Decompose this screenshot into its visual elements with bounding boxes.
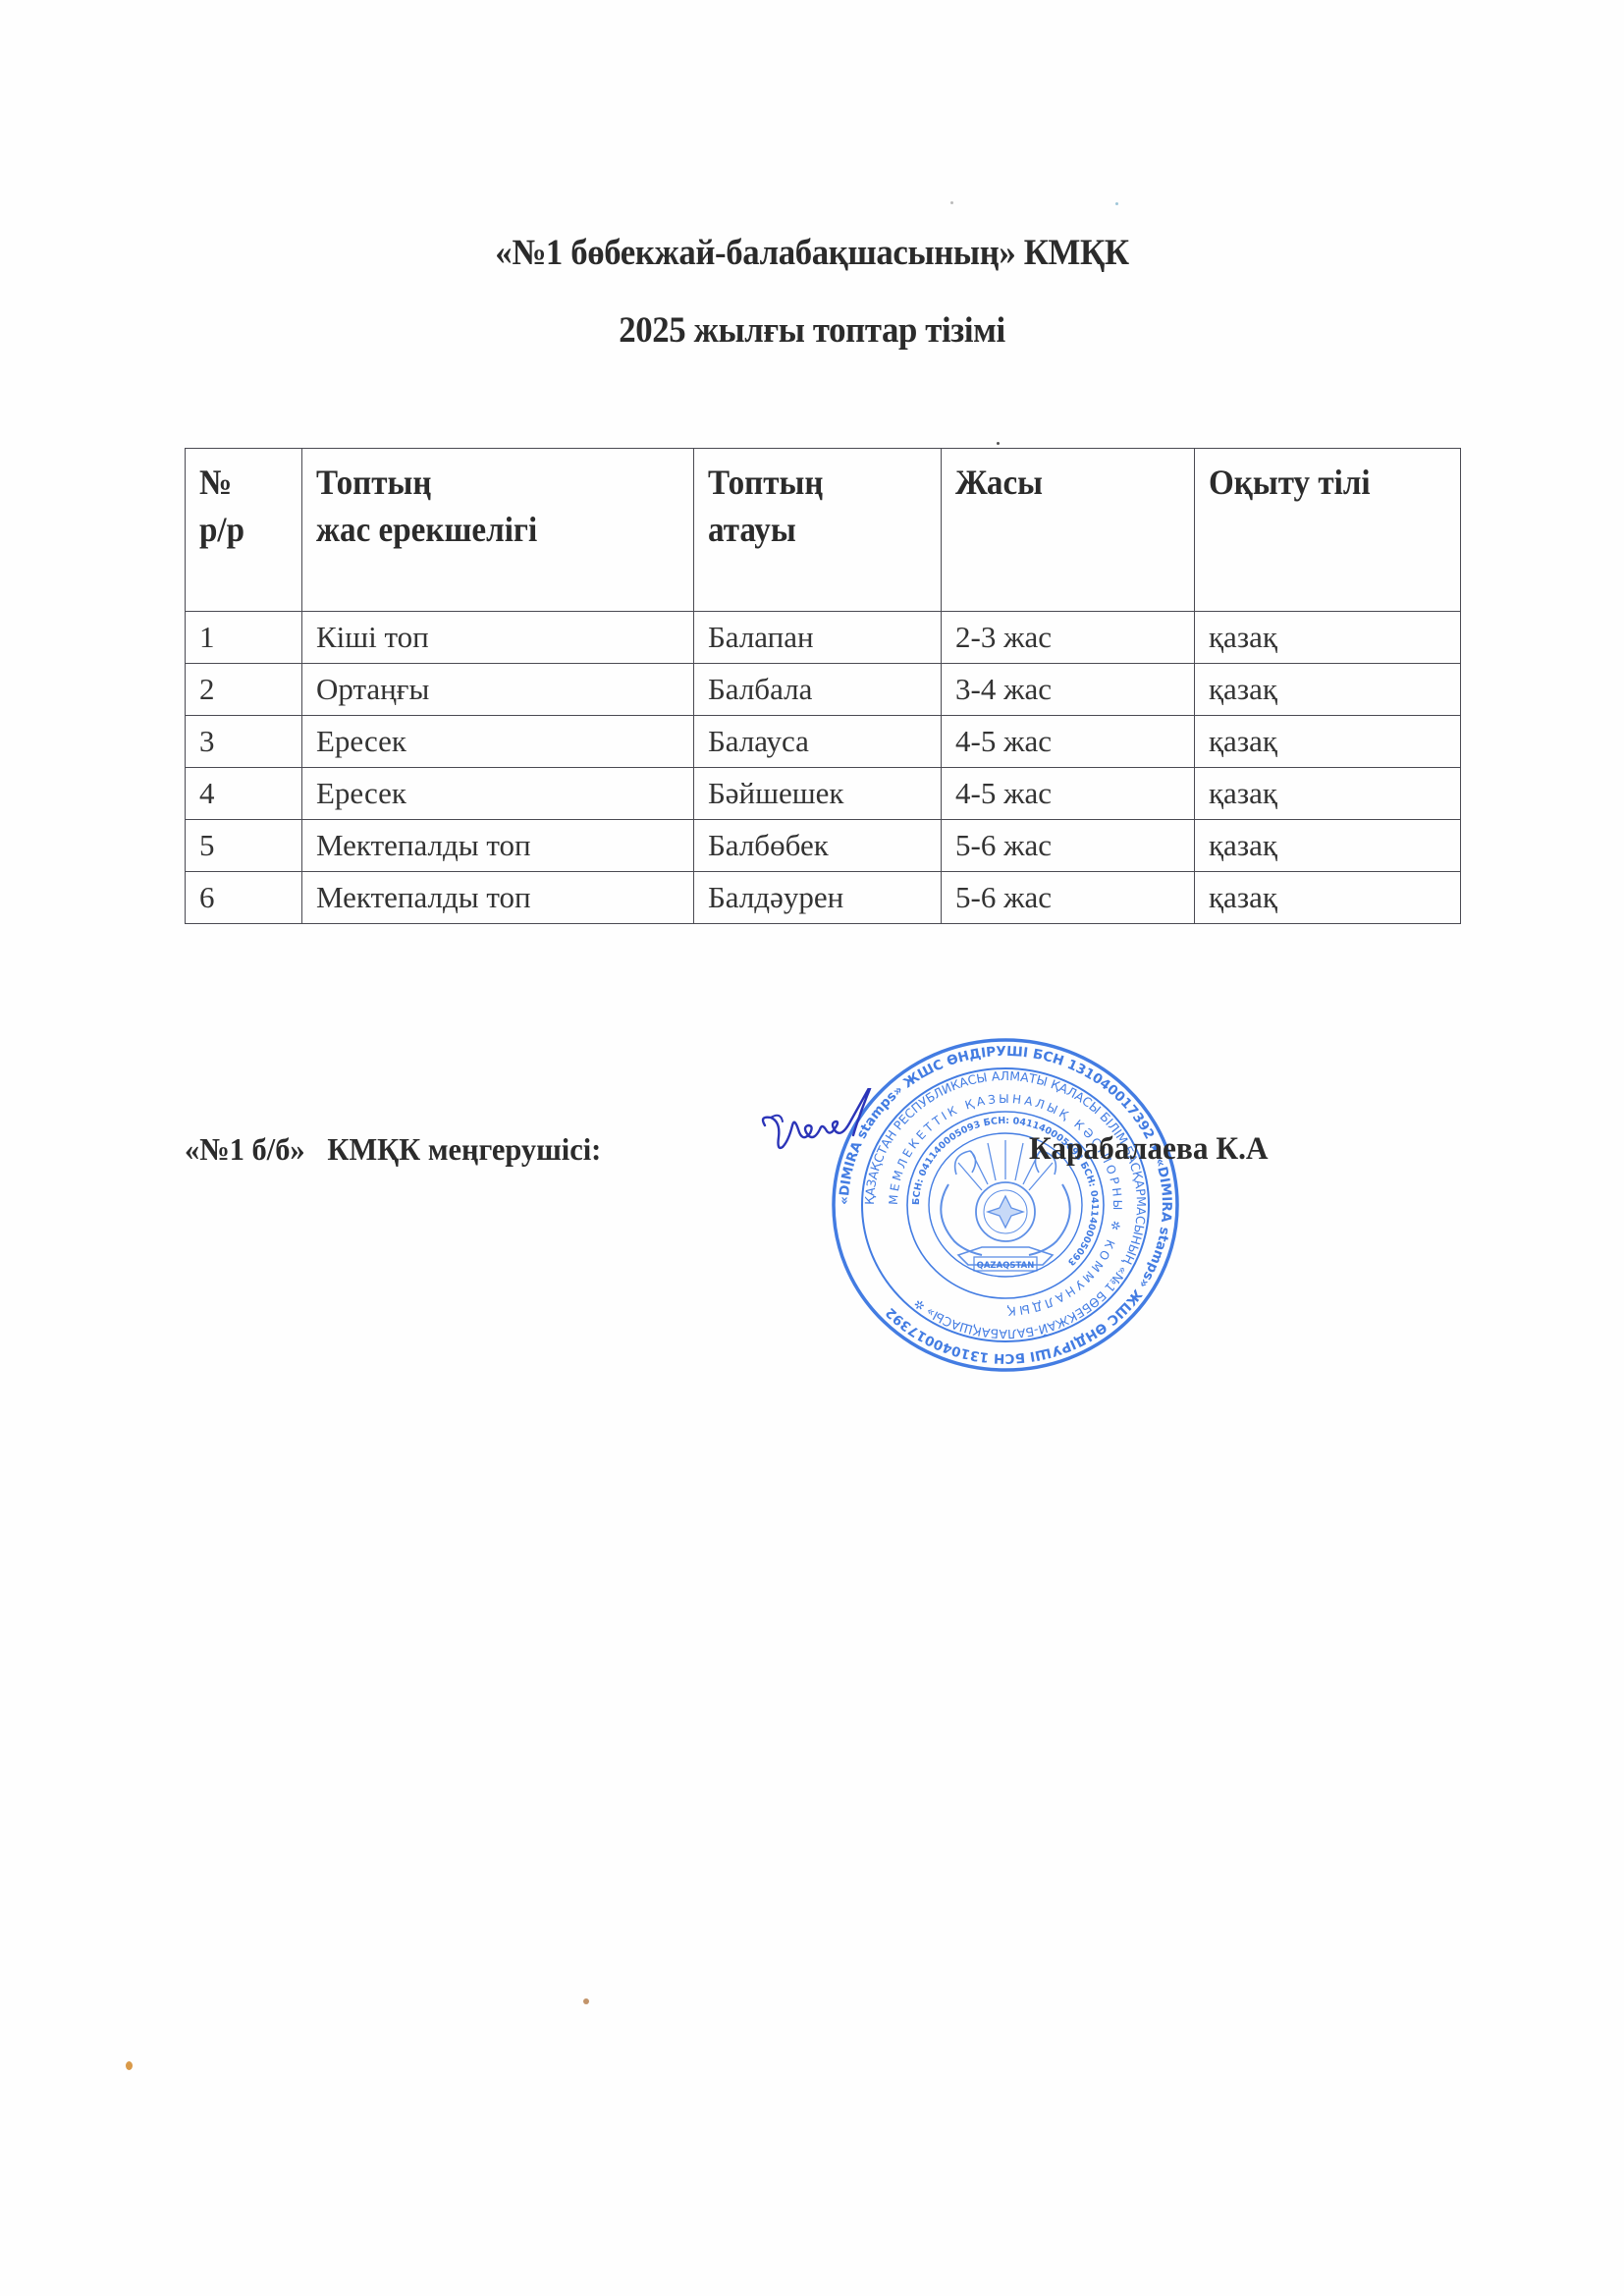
cell-language: қазақ bbox=[1195, 716, 1461, 768]
cell-group-name: Бәйшешек bbox=[694, 768, 942, 820]
cell-age-category: Ересек bbox=[302, 716, 694, 768]
table-row: 1Кіші топБалапан2-3 жасқазақ bbox=[186, 612, 1461, 664]
cell-number: 3 bbox=[186, 716, 302, 768]
scan-speck bbox=[950, 201, 953, 204]
cell-number: 1 bbox=[186, 612, 302, 664]
cell-number: 2 bbox=[186, 664, 302, 716]
position-label: «№1 б/б» КМҚК меңгерушісі: bbox=[185, 1131, 601, 1168]
column-header-language: Оқыту тілі bbox=[1195, 449, 1461, 612]
cell-group-name: Балауса bbox=[694, 716, 942, 768]
cell-age: 4-5 жас bbox=[942, 716, 1195, 768]
cell-age: 5-6 жас bbox=[942, 872, 1195, 924]
table-row: 5Мектепалды топБалбөбек5-6 жасқазақ bbox=[186, 820, 1461, 872]
table-header-row: №р/р Топтыңжас ерекшелігі Топтыңатауы Жа… bbox=[186, 449, 1461, 612]
cell-group-name: Балбөбек bbox=[694, 820, 942, 872]
cell-age: 4-5 жас bbox=[942, 768, 1195, 820]
scan-speck bbox=[1115, 202, 1118, 205]
cell-language: қазақ bbox=[1195, 872, 1461, 924]
column-header-group-name: Топтыңатауы bbox=[694, 449, 942, 612]
cell-language: қазақ bbox=[1195, 612, 1461, 664]
scan-speck bbox=[997, 442, 1000, 445]
document-title: «№1 бөбекжай-балабақшасының» КМҚК bbox=[49, 232, 1576, 274]
table-row: 3ЕресекБалауса4-5 жасқазақ bbox=[186, 716, 1461, 768]
cell-age-category: Ортаңғы bbox=[302, 664, 694, 716]
scan-speck bbox=[126, 2061, 133, 2070]
cell-number: 5 bbox=[186, 820, 302, 872]
table-row: 4ЕресекБәйшешек4-5 жасқазақ bbox=[186, 768, 1461, 820]
cell-age: 5-6 жас bbox=[942, 820, 1195, 872]
svg-text:QAZAQSTAN: QAZAQSTAN bbox=[977, 1261, 1035, 1271]
cell-language: қазақ bbox=[1195, 664, 1461, 716]
cell-age: 3-4 жас bbox=[942, 664, 1195, 716]
cell-number: 6 bbox=[186, 872, 302, 924]
cell-language: қазақ bbox=[1195, 820, 1461, 872]
cell-group-name: Балдәурен bbox=[694, 872, 942, 924]
groups-table: №р/р Топтыңжас ерекшелігі Топтыңатауы Жа… bbox=[185, 448, 1461, 924]
cell-age-category: Ересек bbox=[302, 768, 694, 820]
table-row: 2ОртаңғыБалбала3-4 жасқазақ bbox=[186, 664, 1461, 716]
table-body: 1Кіші топБалапан2-3 жасқазақ2ОртаңғыБалб… bbox=[186, 612, 1461, 924]
cell-number: 4 bbox=[186, 768, 302, 820]
table-row: 6Мектепалды топБалдәурен5-6 жасқазақ bbox=[186, 872, 1461, 924]
cell-group-name: Балапан bbox=[694, 612, 942, 664]
signer-name: Карабалаева К.А bbox=[1029, 1131, 1269, 1168]
scan-speck bbox=[583, 1998, 589, 2004]
cell-age-category: Мектепалды топ bbox=[302, 872, 694, 924]
cell-age-category: Кіші топ bbox=[302, 612, 694, 664]
column-header-number: №р/р bbox=[186, 449, 302, 612]
cell-group-name: Балбала bbox=[694, 664, 942, 716]
handwritten-signature-icon bbox=[751, 1088, 889, 1167]
document-subtitle: 2025 жылғы топтар тізімі bbox=[49, 309, 1576, 352]
cell-age-category: Мектепалды топ bbox=[302, 820, 694, 872]
cell-language: қазақ bbox=[1195, 768, 1461, 820]
cell-age: 2-3 жас bbox=[942, 612, 1195, 664]
column-header-age: Жасы bbox=[942, 449, 1195, 612]
column-header-age-category: Топтыңжас ерекшелігі bbox=[302, 449, 694, 612]
